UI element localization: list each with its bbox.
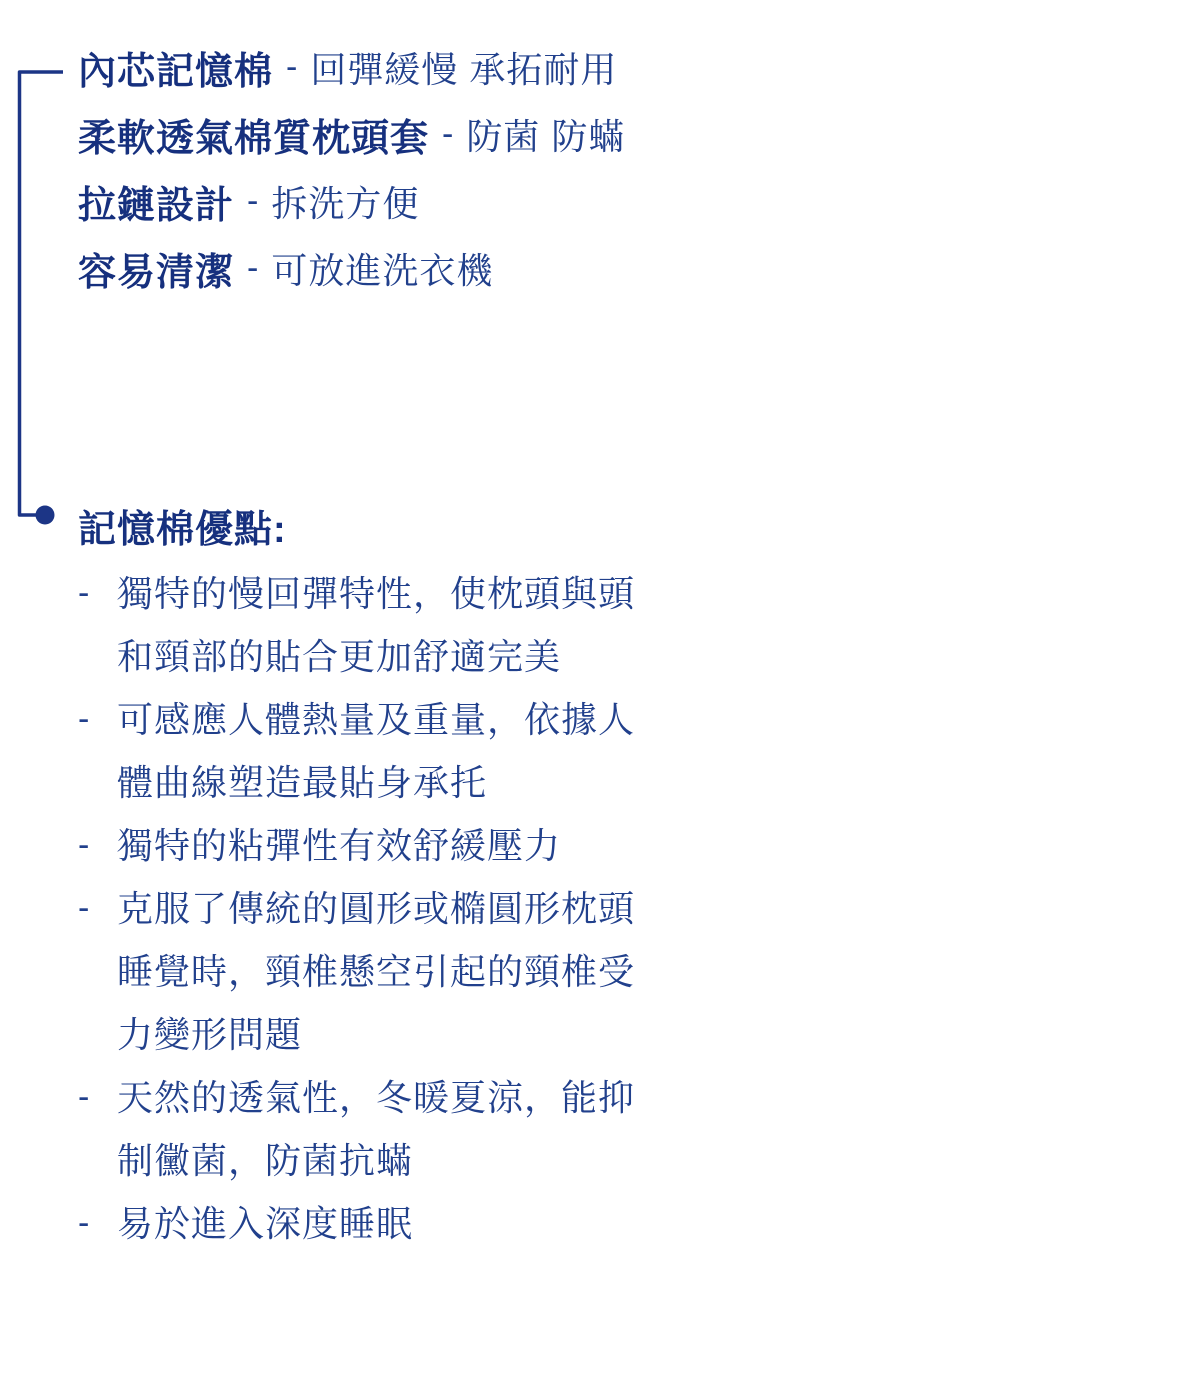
advantage-item: -天然的透氣性，冬暖夏涼，能抑制黴菌，防菌抗蟎 <box>78 1066 635 1192</box>
feature-description: 回彈緩慢 承拓耐用 <box>310 42 617 93</box>
dash-marker: - <box>78 1066 117 1129</box>
dash-marker: - <box>78 688 117 751</box>
advantage-line: 獨特的粘彈性有效舒緩壓力 <box>117 814 561 877</box>
feature-description: 可放進洗衣機 <box>271 243 493 294</box>
dash-marker: - <box>78 877 117 940</box>
feature-item: 拉鏈設計-拆洗方便 <box>78 168 625 235</box>
advantages-heading: 記憶棉優點: <box>78 498 287 553</box>
advantage-line: 天然的透氣性，冬暖夏涼，能抑 <box>117 1066 635 1129</box>
dash-marker: - <box>78 814 117 877</box>
advantage-line: 可感應人體熱量及重量，依據人 <box>117 688 635 751</box>
advantage-text: 可感應人體熱量及重量，依據人體曲線塑造最貼身承托 <box>117 688 635 814</box>
feature-item: 柔軟透氣棉質枕頭套-防菌 防蟎 <box>78 101 625 168</box>
advantage-line: 獨特的慢回彈特性，使枕頭與頭 <box>117 562 635 625</box>
feature-term: 內芯記憶棉 <box>78 40 273 95</box>
advantage-text: 獨特的粘彈性有效舒緩壓力 <box>117 814 561 877</box>
advantage-text: 易於進入深度睡眠 <box>117 1192 413 1255</box>
advantages-list: -獨特的慢回彈特性，使枕頭與頭和頸部的貼合更加舒適完美-可感應人體熱量及重量，依… <box>78 562 635 1255</box>
feature-separator: - <box>247 182 258 221</box>
advantage-line: 克服了傳統的圓形或橢圓形枕頭 <box>117 877 635 940</box>
feature-description: 拆洗方便 <box>271 176 419 227</box>
advantage-text: 天然的透氣性，冬暖夏涼，能抑制黴菌，防菌抗蟎 <box>117 1066 635 1192</box>
advantage-line: 和頸部的貼合更加舒適完美 <box>117 625 635 688</box>
advantage-line: 睡覺時，頸椎懸空引起的頸椎受 <box>117 940 635 1003</box>
feature-item: 容易清潔-可放進洗衣機 <box>78 235 625 302</box>
advantages-heading-text: 記憶棉優點: <box>78 509 287 551</box>
filled-circle-bullet-icon <box>36 506 55 525</box>
advantage-line: 制黴菌，防菌抗蟎 <box>117 1129 635 1192</box>
feature-separator: - <box>442 115 453 154</box>
feature-term: 拉鏈設計 <box>78 174 234 229</box>
advantage-line: 體曲線塑造最貼身承托 <box>117 751 635 814</box>
advantage-item: -可感應人體熱量及重量，依據人體曲線塑造最貼身承托 <box>78 688 635 814</box>
feature-term: 容易清潔 <box>78 241 234 296</box>
advantage-line: 易於進入深度睡眠 <box>117 1192 413 1255</box>
feature-separator: - <box>286 48 297 87</box>
feature-separator: - <box>247 249 258 288</box>
advantage-item: -獨特的粘彈性有效舒緩壓力 <box>78 814 635 877</box>
advantage-item: -克服了傳統的圓形或橢圓形枕頭睡覺時，頸椎懸空引起的頸椎受力變形問題 <box>78 877 635 1066</box>
advantage-item: -易於進入深度睡眠 <box>78 1192 635 1255</box>
bracket-line <box>20 72 64 515</box>
advantage-item: -獨特的慢回彈特性，使枕頭與頭和頸部的貼合更加舒適完美 <box>78 562 635 688</box>
feature-item: 內芯記憶棉-回彈緩慢 承拓耐用 <box>78 34 625 101</box>
advantage-line: 力變形問題 <box>117 1003 635 1066</box>
advantage-text: 克服了傳統的圓形或橢圓形枕頭睡覺時，頸椎懸空引起的頸椎受力變形問題 <box>117 877 635 1066</box>
feature-description: 防菌 防蟎 <box>466 109 625 160</box>
features-list: 內芯記憶棉-回彈緩慢 承拓耐用柔軟透氣棉質枕頭套-防菌 防蟎拉鏈設計-拆洗方便容… <box>78 34 625 302</box>
product-description-page: 內芯記憶棉-回彈緩慢 承拓耐用柔軟透氣棉質枕頭套-防菌 防蟎拉鏈設計-拆洗方便容… <box>0 0 1200 1387</box>
feature-term: 柔軟透氣棉質枕頭套 <box>78 107 429 162</box>
dash-marker: - <box>78 562 117 625</box>
dash-marker: - <box>78 1192 117 1255</box>
advantage-text: 獨特的慢回彈特性，使枕頭與頭和頸部的貼合更加舒適完美 <box>117 562 635 688</box>
